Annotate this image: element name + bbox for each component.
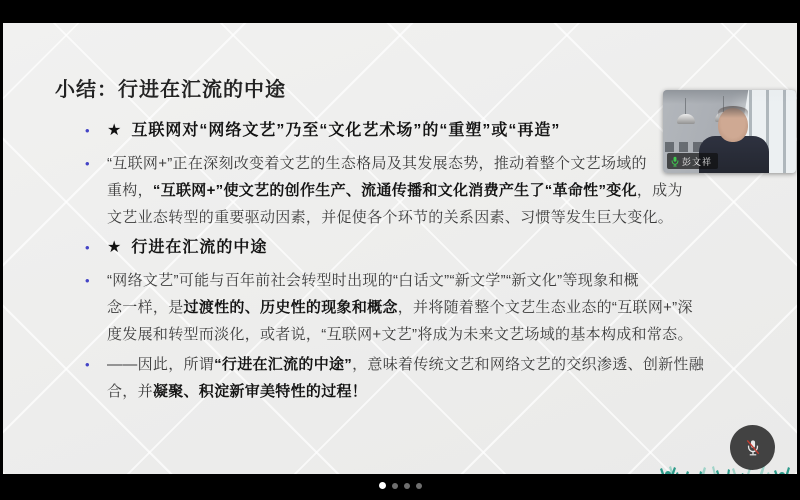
participant-hair [718,106,748,118]
pagination-dots [0,482,800,489]
bullet-dot: • [85,117,107,144]
star-icon: ★ [107,239,122,256]
webcam-overlay[interactable]: 彭文祥 [663,90,796,173]
bullet-item: •“网络文艺”可能与百年前社会转型时出现的“白话文”“新文学”“新文化”等现象和… [85,267,730,348]
participant-name: 彭文祥 [682,155,712,168]
bullet-dot: • [85,150,107,231]
bullet-dot: • [85,351,107,405]
bullet-text: ★互联网对“网络文艺”乃至“文化艺术场”的“重塑”或“再造” [107,117,560,144]
pagination-dot[interactable] [392,483,398,489]
pagination-dot[interactable] [416,483,422,489]
bullet-item: •★互联网对“网络文艺”乃至“文化艺术场”的“重塑”或“再造” [85,117,730,144]
presentation-slide: 小结：行进在汇流的中途 •★互联网对“网络文艺”乃至“文化艺术场”的“重塑”或“… [3,23,797,474]
bullet-text: ——因此，所谓“行进在汇流的中途”，意味着传统文艺和网络文艺的交织渗透、创新性融… [107,351,704,405]
pagination-dot-active[interactable] [379,482,386,489]
bullet-item: •“互联网+”正在深刻改变着文艺的生态格局及其发展态势，推动着整个文艺场域的重构… [85,150,730,231]
slide-bullet-list: •★互联网对“网络文艺”乃至“文化艺术场”的“重塑”或“再造”•“互联网+”正在… [85,117,730,408]
bullet-text: “互联网+”正在深刻改变着文艺的生态格局及其发展态势，推动着整个文艺场域的重构，… [107,150,683,231]
star-icon: ★ [107,122,122,139]
microphone-mute-button[interactable] [730,425,775,470]
participant-name-badge: 彭文祥 [667,153,718,169]
bullet-item: •——因此，所谓“行进在汇流的中途”，意味着传统文艺和网络文艺的交织渗透、创新性… [85,351,730,405]
video-player: 小结：行进在汇流的中途 •★互联网对“网络文艺”乃至“文化艺术场”的“重塑”或“… [0,0,800,500]
bullet-item: •★行进在汇流的中途 [85,234,730,261]
microphone-muted-icon [740,435,766,461]
bullet-text: ★行进在汇流的中途 [107,234,267,261]
pendant-lamp-icon [677,114,695,124]
slide-title: 小结：行进在汇流的中途 [55,73,286,102]
participant-mic-icon [671,156,679,167]
bullet-text: “网络文艺”可能与百年前社会转型时出现的“白话文”“新文学”“新文化”等现象和概… [107,267,693,348]
pagination-dot[interactable] [404,483,410,489]
bullet-dot: • [85,267,107,348]
bullet-dot: • [85,234,107,261]
letterbox-top [0,0,800,23]
